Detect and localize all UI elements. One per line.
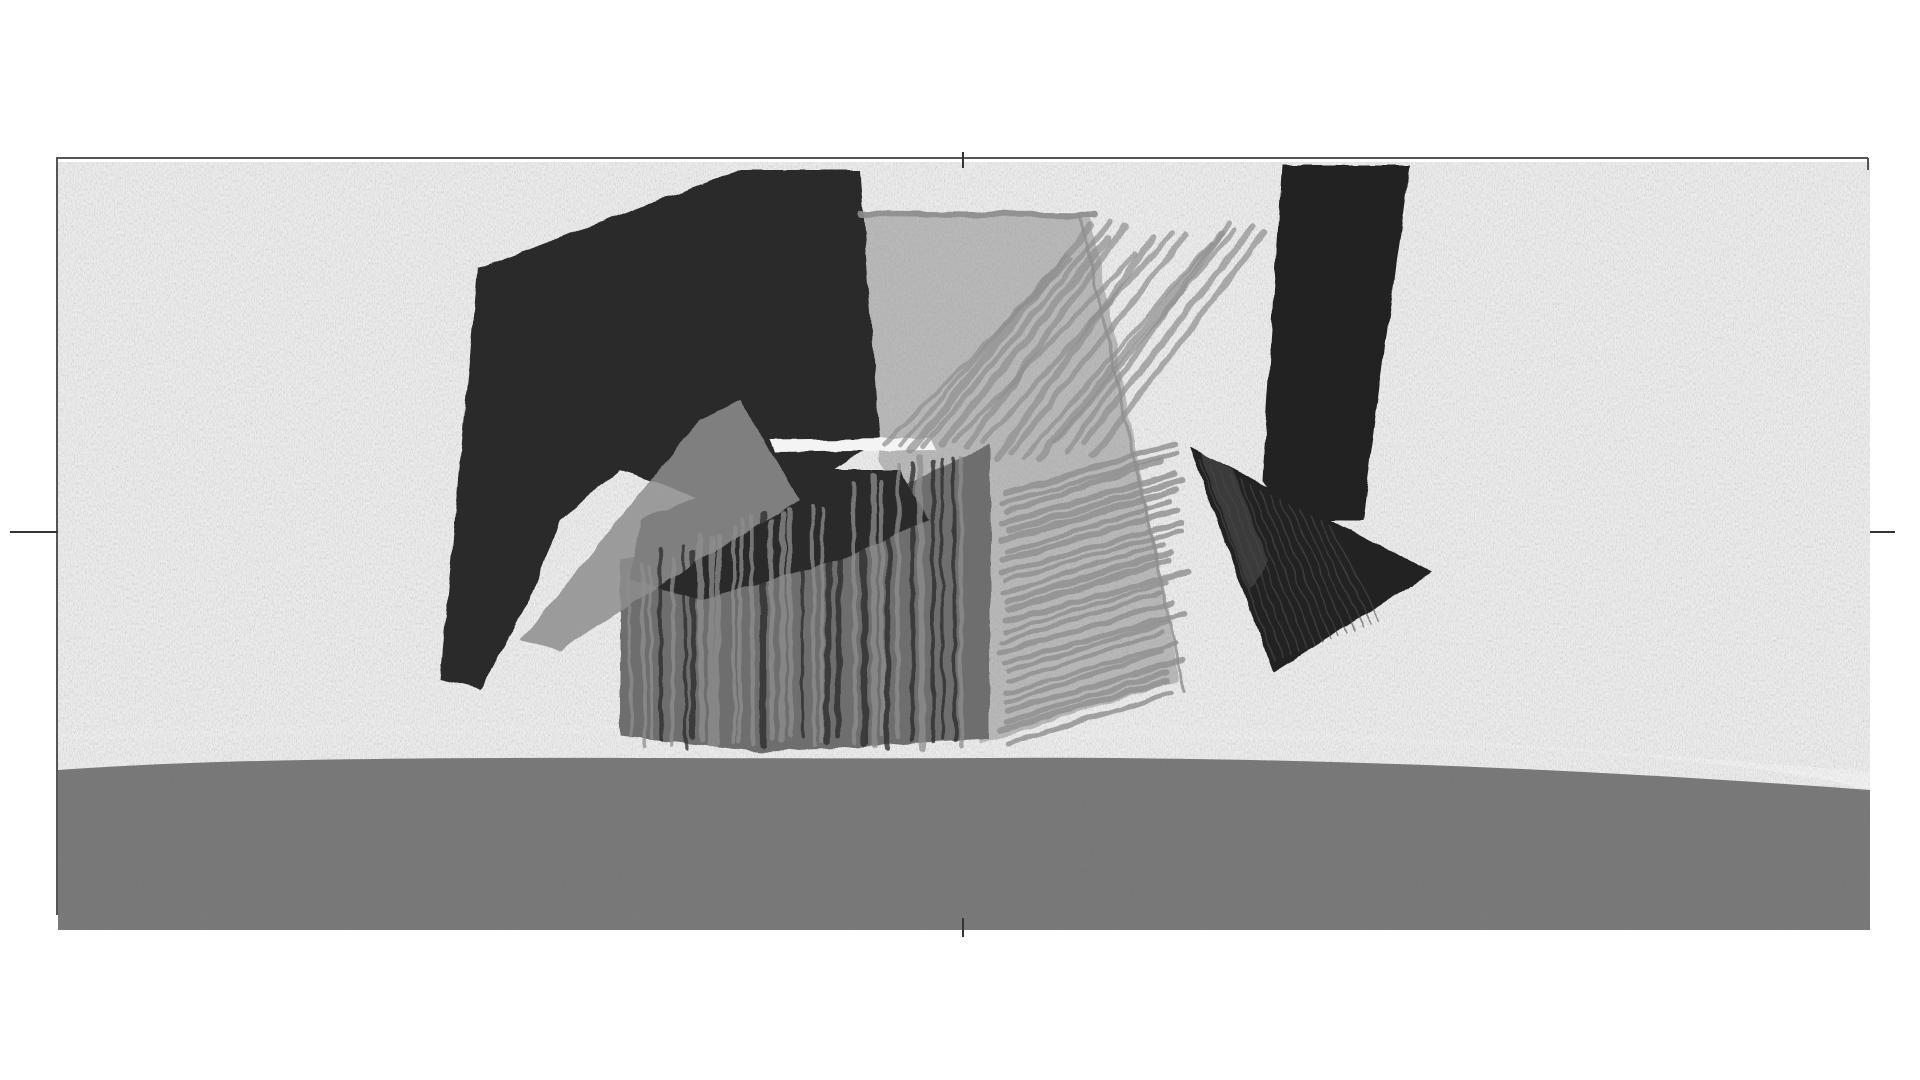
sketch-illustration	[0, 0, 1920, 1080]
storyboard-canvas	[0, 0, 1920, 1080]
